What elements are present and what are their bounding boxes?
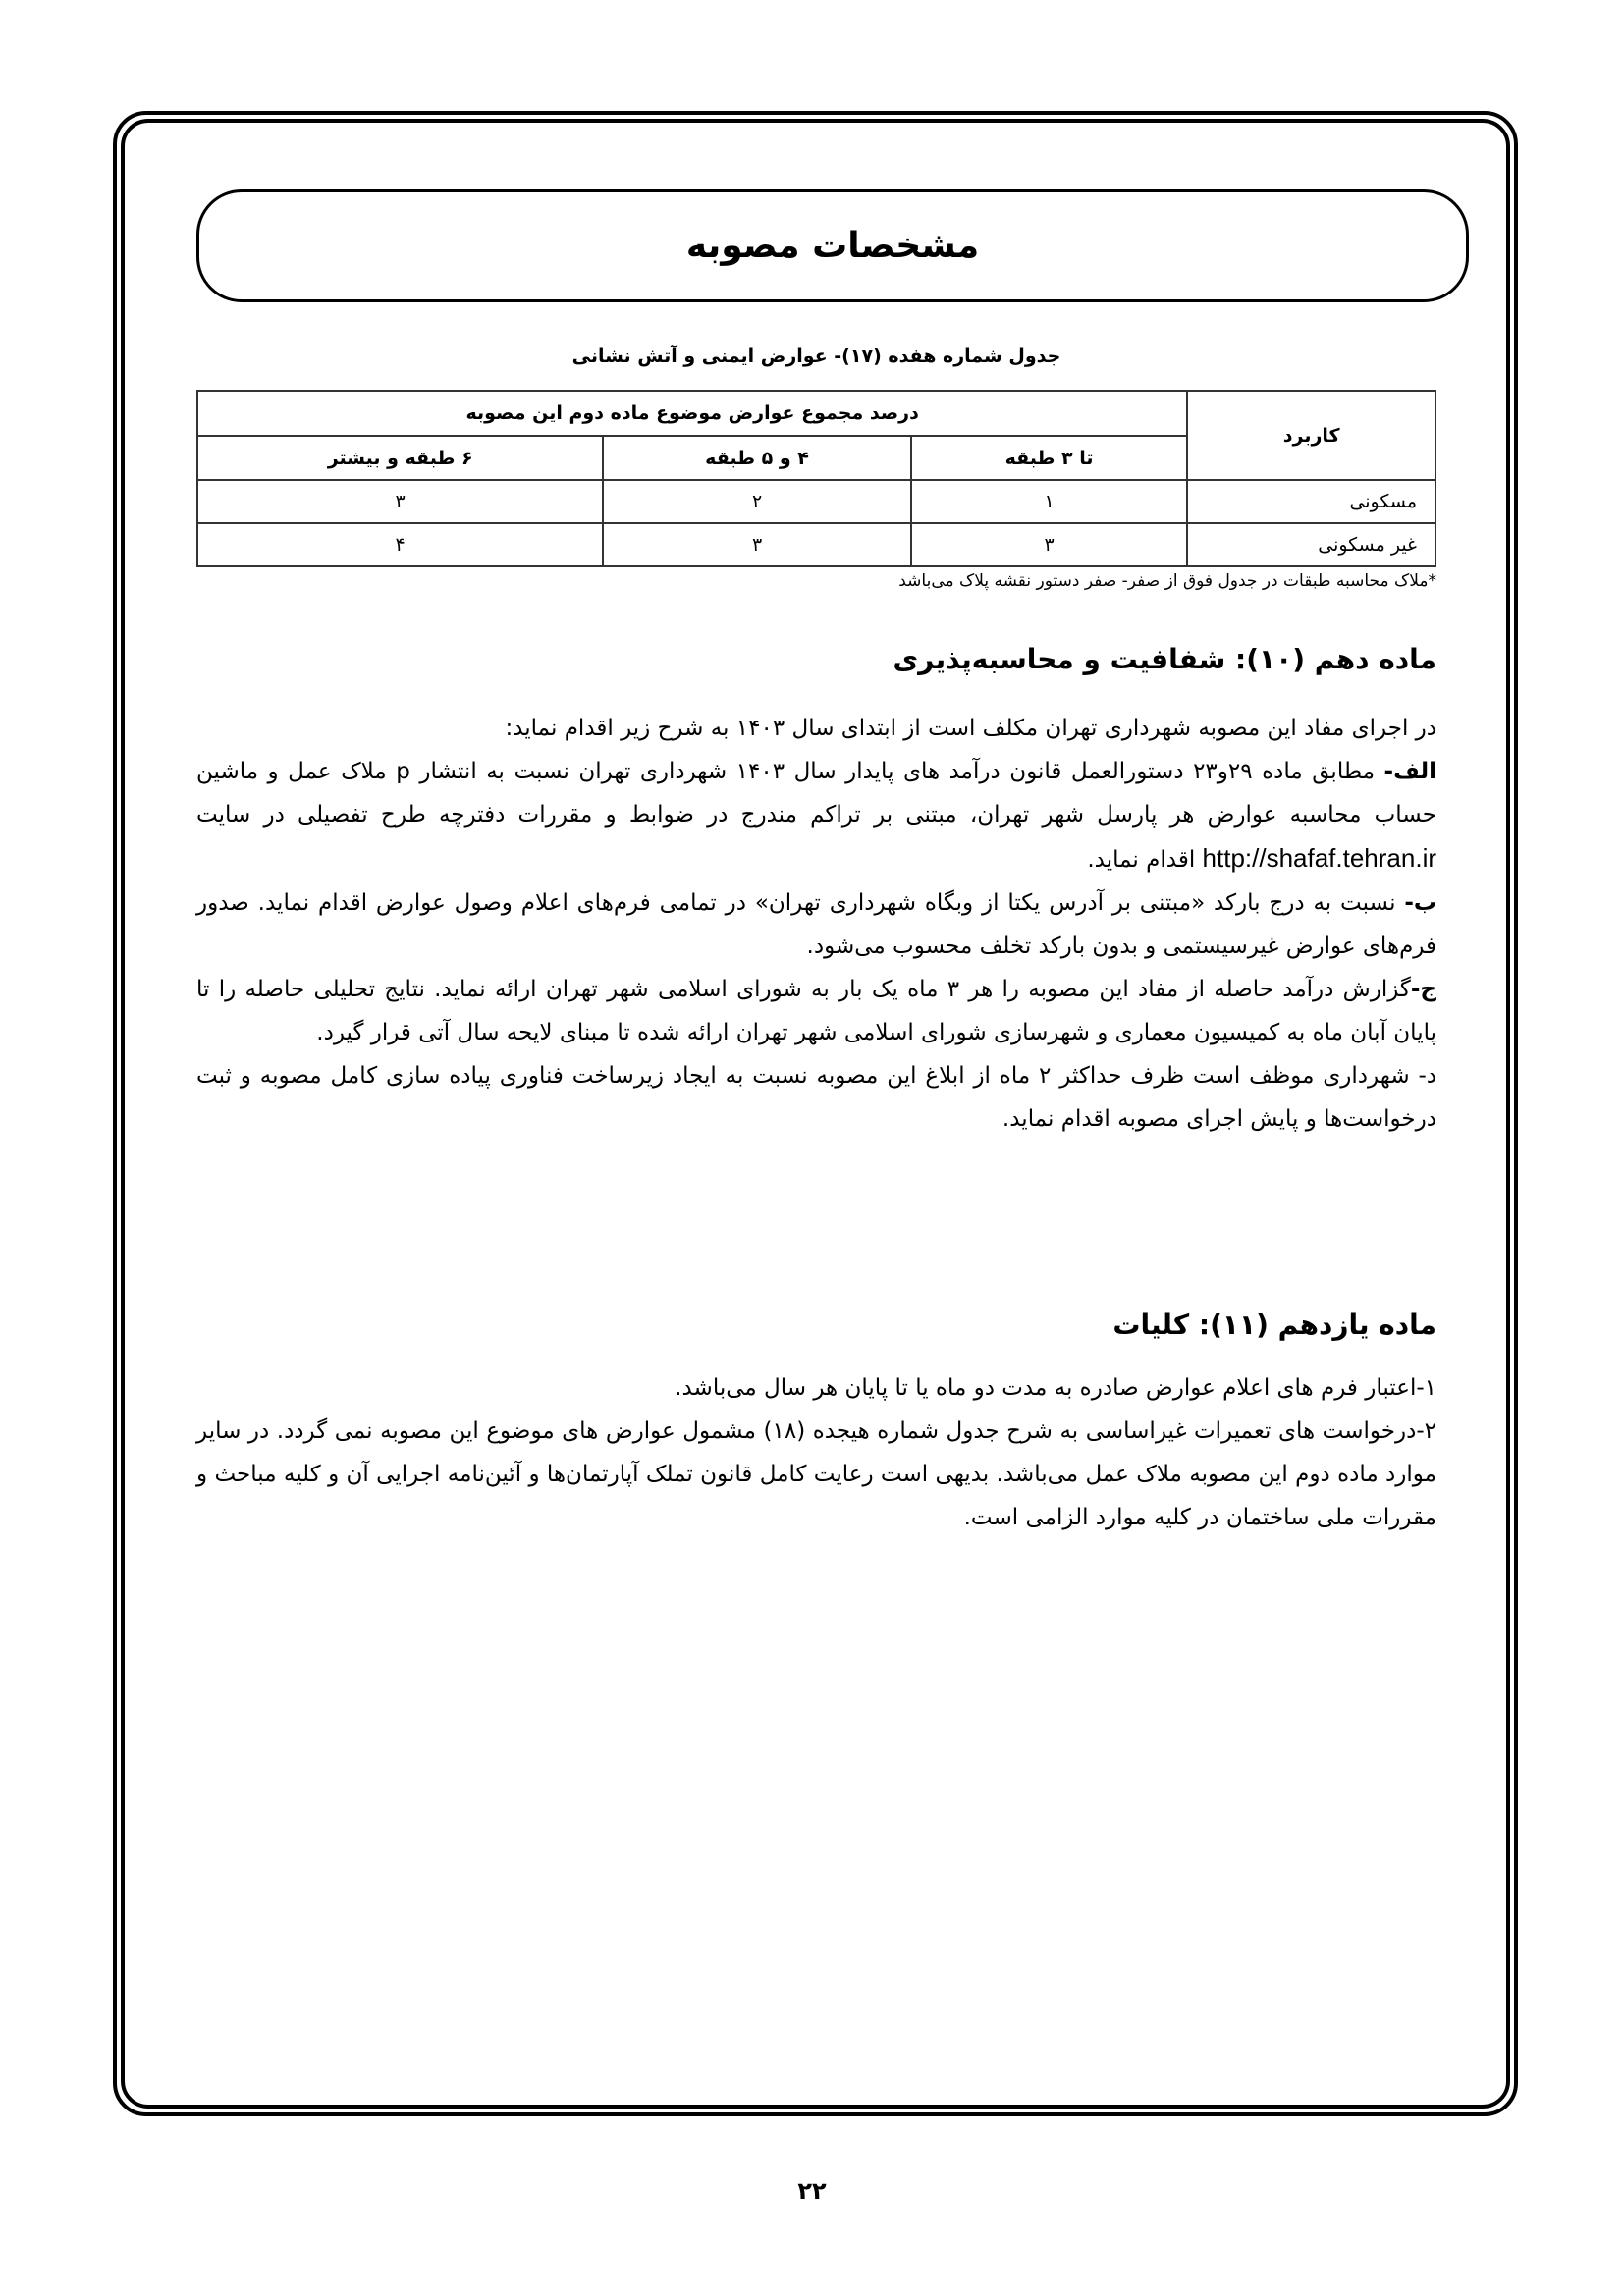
- page-number: ۲۲: [0, 2177, 1624, 2205]
- table-row: مسکونی ۱ ۲ ۳: [197, 480, 1435, 523]
- article-11-item-1: ۱-اعتبار فرم های اعلام عوارض صادره به مد…: [196, 1366, 1436, 1410]
- table-caption: جدول شماره هفده (۱۷)- عوارض ایمنی و آتش …: [196, 346, 1436, 367]
- article-10-item-alef: الف- مطابق ماده ۲۹و۲۳ دستورالعمل قانون د…: [196, 750, 1436, 881]
- table-footnote: *ملاک محاسبه طبقات در جدول فوق از صفر- ص…: [898, 571, 1436, 591]
- item-label: الف-: [1384, 759, 1436, 784]
- cell: ۳: [603, 523, 910, 566]
- cell: ۴: [197, 523, 603, 566]
- header-col-2: ۴ و ۵ طبقه: [603, 436, 910, 480]
- article-10-item-dal: د- شهرداری موظف است ظرف حداکثر ۲ ماه از …: [196, 1054, 1436, 1141]
- item-label: ب-: [1404, 890, 1436, 916]
- article-11-item-2: ۲-درخواست های تعمیرات غیراساسی به شرح جد…: [196, 1410, 1436, 1539]
- article-10-heading: ماده دهم (۱۰): شفافیت و محاسبه‌پذیری: [893, 643, 1436, 675]
- table-header-row: کاربرد درصد مجموع عوارض موضوع ماده دوم ا…: [197, 391, 1435, 436]
- table-row: غیر مسکونی ۳ ۳ ۴: [197, 523, 1435, 566]
- header-col-3: ۶ طبقه و بیشتر: [197, 436, 603, 480]
- cell: ۳: [197, 480, 603, 523]
- shafaf-link[interactable]: http://shafaf.tehran.ir: [1203, 843, 1436, 873]
- article-10-body: در اجرای مفاد این مصوبه شهرداری تهران مک…: [196, 707, 1436, 1141]
- title-box: مشخصات مصوبه: [196, 189, 1469, 302]
- row-use: غیر مسکونی: [1187, 523, 1435, 566]
- header-group: درصد مجموع عوارض موضوع ماده دوم این مصوب…: [197, 391, 1187, 436]
- article-11-body: ۱-اعتبار فرم های اعلام عوارض صادره به مد…: [196, 1366, 1436, 1539]
- article-10-intro: در اجرای مفاد این مصوبه شهرداری تهران مک…: [196, 707, 1436, 750]
- article-10-item-jim: ج-گزارش درآمد حاصله از مفاد این مصوبه را…: [196, 968, 1436, 1054]
- page-title: مشخصات مصوبه: [686, 226, 979, 266]
- row-use: مسکونی: [1187, 480, 1435, 523]
- cell: ۳: [911, 523, 1188, 566]
- article-10-item-be: ب- نسبت به درج بارکد «مبتنی بر آدرس یکتا…: [196, 881, 1436, 968]
- header-col-1: تا ۳ طبقه: [911, 436, 1188, 480]
- cell: ۱: [911, 480, 1188, 523]
- cell: ۲: [603, 480, 910, 523]
- header-use: کاربرد: [1187, 391, 1435, 480]
- item-label: ج-: [1411, 977, 1436, 1002]
- article-11-heading: ماده یازدهم (۱۱): کلیات: [1112, 1308, 1436, 1341]
- table-17: کاربرد درصد مجموع عوارض موضوع ماده دوم ا…: [196, 390, 1436, 567]
